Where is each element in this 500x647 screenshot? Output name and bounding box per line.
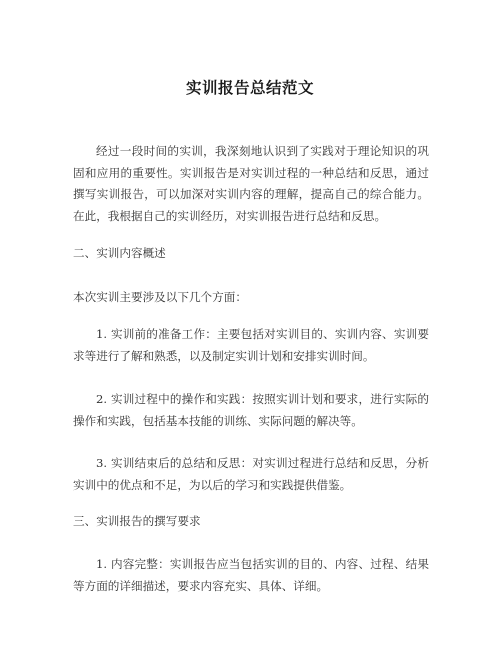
section-heading-writing-requirements: 三、实训报告的撰写要求 (73, 513, 201, 529)
section-heading-content-overview: 二、实训内容概述 (73, 245, 166, 261)
document-page: 实训报告总结范文 经过一段时间的实训，我深刻地认识到了实践对于理论知识的巩固和应… (0, 0, 500, 647)
document-title: 实训报告总结范文 (0, 76, 500, 98)
list-item: 3. 实训结束后的总结和反思：对实训过程进行总结和反思，分析实训中的优点和不足，… (73, 453, 429, 496)
section-lead-text: 本次实训主要涉及以下几个方面： (73, 289, 247, 305)
intro-paragraph: 经过一段时间的实训，我深刻地认识到了实践对于理论知识的巩固和应用的重要性。实训报… (73, 141, 429, 227)
list-item: 1. 内容完整：实训报告应当包括实训的目的、内容、过程、结果等方面的详细描述，要… (73, 554, 429, 597)
list-item: 2. 实训过程中的操作和实践：按照实训计划和要求，进行实际的操作和实践，包括基本… (73, 389, 429, 432)
list-item: 1. 实训前的准备工作：主要包括对实训目的、实训内容、实训要求等进行了解和熟悉，… (73, 324, 429, 367)
